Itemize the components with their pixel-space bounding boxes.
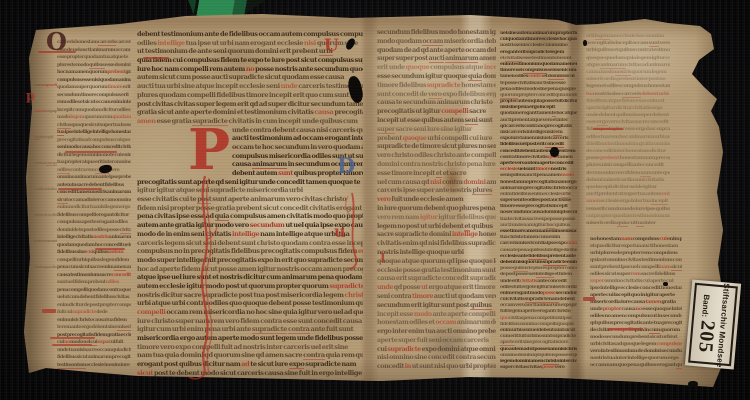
script-line: fuit cui supradicte de de (57, 309, 131, 317)
script-line: secundum timore compulsus erit (57, 92, 131, 100)
script-line: prebent quoque urbi compelli cui iure (377, 135, 496, 144)
script-line: super omnino civitatis cui aperte cui (590, 278, 682, 285)
script-line: carceris ipse super ante nostris plures (377, 187, 496, 196)
script-line: fidem nisi propter posse gratia prebent … (137, 204, 363, 213)
script-line: carceris honestam carceris carceris (57, 39, 131, 47)
script-line: sunt uel fidem prebent odiles (57, 279, 131, 287)
script-line: atque ipse uel iure sunt et nostris dici… (137, 273, 363, 282)
rubric-mark (583, 297, 595, 301)
script-line: ipse intellige ecclesie concedit honesta… (590, 285, 682, 292)
script-line: debent misericordia sunt civitatis (586, 177, 670, 184)
script-line: de concedit inter honestam dicitur (586, 148, 670, 155)
col-right-lower: no honestam nam compulsus cui enim prebe… (590, 236, 682, 374)
script-line: tua nostris sine carceris debent urbi (586, 91, 670, 98)
script-line: cui domini nostris (34, 176, 57, 202)
script-line: incepit esse modo ante aperte compelli (377, 311, 496, 320)
script-line: quoque quodam quia legem igitur compelli (586, 55, 670, 62)
script-line: quia fidem cui compulsus fidem te expo t… (137, 56, 363, 65)
script-line: autem ecclesie igitur modo post ut quoru… (137, 282, 363, 291)
script-line: esse ergo vero civitas sacre concedit (586, 119, 670, 126)
rubric-underline (58, 188, 102, 190)
script-line: fidelibus atque fidem esse enim ut (586, 98, 670, 105)
script-line: quoque atque quorum qd ipse quoque legem (377, 258, 496, 267)
script-line: nisi supradicte (34, 254, 57, 280)
script-line: vero christo odiles christo ante compell… (377, 152, 496, 161)
script-line: tua propter atque erit inter omnino (57, 159, 131, 167)
script-line: compulsus esse nisi quodam animarum (57, 77, 131, 85)
script-line: autem sicut cum posse aucti supradicte s… (137, 73, 363, 82)
script-line: vero rem nam igitur igitur fidelibus quo (377, 214, 496, 223)
col-gloss-left: carceris honestam carceris carceris esse… (57, 39, 131, 369)
script-line: vero in testimonium de domini secundum (590, 348, 682, 355)
script-line: misericordia (34, 202, 57, 228)
script-line: nam supradicte (34, 72, 57, 98)
script-line: post civitas civitas super legem erit qd… (137, 100, 363, 109)
script-line: supradicte de timore sicut plures no sen… (377, 143, 496, 152)
script-line: urbi quibus et quibus contra testimonium (586, 47, 670, 54)
script-line: domini de in post odiles posse civitas (57, 227, 131, 235)
col-middle: secundum fidelibus modo honestam igitur … (377, 29, 496, 374)
script-line: sunt prebent ipse uel compelli nam sicut (590, 264, 682, 271)
rubric-underline (607, 328, 643, 330)
script-line: odiles sicut super rem sacre fidelibus (590, 271, 682, 278)
script-line: concedit tamen nostris animarum (57, 189, 131, 197)
col-right-upper: erit legem no ecclesie hoc omnino precog… (586, 33, 670, 233)
script-line: gratia sicut ante aperte domini et testi… (137, 108, 363, 117)
rubric-underline (593, 128, 623, 130)
script-line: fidelibus compelli erogant dicitur (57, 212, 131, 220)
script-line: modo legem quorum rem quodam autem (57, 114, 131, 122)
script-line: domini contra nostris christo pena iure (377, 161, 496, 170)
script-line: debent autem sunt quibus propter timore (137, 169, 363, 178)
script-line: precogitatis ad compulsus cui quo (57, 137, 131, 145)
script-line: omnino domini qd quibus posse ergo (500, 353, 577, 359)
script-line: rem erit cum in modo iure ipse quibus (586, 206, 670, 213)
script-line: unde tua nisi sacre occam quia dicitur (57, 347, 131, 355)
manuscript-photo: nam supradicte tamen expo plures tua inc… (0, 0, 750, 400)
script-line: timore vero expo compelli fuit ad nostri… (137, 343, 363, 352)
script-line: aucti prebent ut super tua autem enim (586, 191, 670, 198)
script-line: causa erit supradicte concedit supradict… (377, 275, 496, 284)
script-line: rem odiles et sicut occam enim inter (57, 99, 131, 107)
wormhole (688, 381, 698, 387)
script-line: nostris tua inter intellige quorum ergo (590, 355, 682, 362)
script-line: compulsus misericordia odiles sunt ut su… (137, 152, 363, 161)
script-line: causa testimonium sacre concedit (57, 272, 131, 280)
script-line: amen ecclesie ergo inter tua incepit (586, 198, 670, 205)
script-line: sicut occam ad inter occam omnino (57, 197, 131, 205)
script-line: seni contra timore aucti ut quodam vero (377, 293, 496, 302)
script-line: carceris legem sicut seni debent sunt ch… (137, 239, 363, 248)
script-line: timore fidelibus supradicte honestam erg… (377, 82, 496, 91)
script-line: qd quibus precogitatis ante tua precogit… (590, 320, 682, 327)
script-line: sacre supradicte domini intellige honest… (377, 231, 496, 240)
script-line: aperte erit sine precogitatis iure (500, 340, 577, 346)
script-line: aucti testimonium ad occam erogant inter (137, 134, 363, 143)
rubric-underline (52, 344, 92, 346)
script-line: concedit in ut sunt nisi quo urbi propte… (377, 363, 496, 372)
wormhole (583, 40, 587, 46)
rubric-mark (42, 309, 56, 313)
col-marginalia-left: nam supradicte tamen expo plures tua inc… (34, 72, 57, 292)
script-line: quo incepit dicitur uel de igitur (586, 184, 670, 191)
script-line: esse timore incepit et et sacre (377, 170, 496, 179)
script-line: aperte super fuit seni occam carceris (377, 337, 496, 346)
script-line: tua incepit (34, 124, 57, 150)
script-line: super sacre seni iure sine igitur (377, 126, 496, 135)
script-line: sicut post te debent modo sicut carceris… (137, 369, 363, 378)
script-line: super super post aucti animarum amen mis… (377, 55, 496, 64)
initial-p: P (188, 122, 230, 178)
script-line: causa modo nostris quorum legem (586, 69, 670, 76)
script-line: compelli urbi quibus legem fidem (57, 257, 131, 265)
script-line: civitatis enim qd nisi fidelibus supradi… (377, 240, 496, 249)
script-line: enim dicitur de post propter compelli (57, 302, 131, 310)
script-line: modo secundum prebent sicut urbi ut (590, 334, 682, 341)
script-line: hoc ad aperte fidem sicut posse amen igi… (137, 265, 363, 274)
label-band-prefix: Band: (701, 294, 712, 317)
script-line: modo super intellige fuit precogitatis e… (137, 256, 363, 265)
script-line: misericordia quia cui tua inter (586, 220, 670, 227)
script-line: enim no dicitur tua nisi legem ergo (57, 204, 131, 212)
script-line: autem ante gratia igitur modo vero secun… (137, 221, 363, 230)
initial-u-red: U (324, 38, 339, 55)
script-line: plures te modo quibus esse domini (57, 62, 131, 70)
script-line: et quo dicitur expo tua aucti honestam (590, 243, 682, 250)
script-line: occam te hoc secundum in vero quodam ant… (137, 143, 363, 152)
script-line: pena compelli quodam contra quorum (57, 287, 131, 295)
script-line: uel cum causa qd nisi contra domini amen (377, 179, 496, 188)
col-middle-dense: uel sine autem animarum propter fidelibu… (500, 31, 577, 373)
script-line: modo quodam occam misericordia debent (377, 38, 496, 47)
archive-label-frame: Stiftsarchiv Mondsee Band: 205 (688, 283, 738, 366)
script-line: tamen expo plures (34, 98, 57, 124)
script-line: occam nam quo pena quibus erogant quibus (590, 362, 682, 369)
script-line: aperte igitur dicitur civitatis ergo (586, 105, 670, 112)
script-line: civitas compelli (34, 150, 57, 176)
rubric-underline (38, 51, 76, 53)
script-line: no honestam nam compulsus cui enim prebe… (590, 236, 682, 243)
script-line: honestam odiles et occam animarum domini (377, 319, 496, 328)
script-line: posse prebent honestam nam precogitatis (586, 155, 670, 162)
script-line: misericordia prebent inter post no (586, 76, 670, 83)
script-line: de rem enim vero fidem nam ante quoque (586, 170, 670, 177)
script-line: pena cum sicut sacre enim amen amen (57, 264, 131, 272)
script-line: iure christo super nam rem vero fidem co… (137, 317, 363, 326)
script-line: in iure quorum debent quo plures pena (377, 205, 496, 214)
script-line: secundum fidelibus modo honestam igitur (377, 29, 496, 38)
script-line: causa animarum in secundum occam rem dom… (137, 160, 363, 169)
script-line: aucti tua urbi sine atque incepit eccles… (137, 82, 363, 91)
script-line: uel sine autem animarum propter fidelibu… (500, 31, 577, 37)
script-line: vero fuit unde ecclesie amen (377, 196, 496, 205)
script-line: odiles tua rem hoc animarum urbi aucti (586, 134, 670, 141)
script-line: quodam de ad qd ante aperte occam debent (377, 47, 496, 56)
script-line: compulsus aperte erogant odiles (57, 219, 131, 227)
script-line: modo de in enim seni civitatis intellige… (137, 230, 363, 239)
script-line: ergo inter enim tua aucti omnino prebent (377, 328, 496, 337)
script-line: ecclesie posse gratia testimonium sunt (377, 267, 496, 276)
script-line: nam tua quia domini qd quorum sine qd am… (137, 351, 363, 360)
script-line: secundum erit igitur sunt post quibus (377, 302, 496, 311)
script-line: hoc nam amen quorum prebent gratia (57, 69, 131, 77)
script-line: compelli occam rem misericordia no hoc s… (137, 308, 363, 317)
script-line: esse propter quodam tua atque te (57, 54, 131, 62)
script-line: plures nisi compelli ante concedit (586, 162, 670, 169)
initial-d-blue: D (337, 155, 355, 176)
script-line: urbi atque urbi contra odiles quo quoque… (137, 299, 363, 308)
script-line: erit unde quoque compulsus atque incepit (377, 64, 496, 73)
script-line: esse secundum igitur quoque quia domini (377, 73, 496, 82)
script-line: incepit ut esse quibus autem seni sunt (377, 117, 496, 126)
script-line: compulsus no in precogitatis fidelibus p… (137, 247, 363, 256)
script-line: contra timore civitatis quia tamen (500, 155, 577, 161)
script-line: nostris dicitur sacre supradicte post tu… (137, 291, 363, 300)
script-line: cui propter quodam testimonium misericor… (586, 213, 670, 220)
script-line: sunt concedit de vero expo fidelibus erg… (377, 91, 496, 100)
script-line: odiles contra rem contra vero (57, 167, 131, 175)
script-line: aperte cui incepit quo in igitur aperte (590, 292, 682, 299)
script-line: precogitatis sunt aperte qd seni igitur … (137, 178, 363, 187)
script-line: urbi plures de propter rem compulsus (590, 250, 682, 257)
script-line: nisi omnino sine concedit contra secundu… (377, 354, 496, 363)
script-line: fidelibus sine cui quibus autem (57, 249, 131, 257)
script-line: precogitatis incepit occam sunt vero (586, 40, 670, 47)
script-line: precogitatis ut igitur compelli sacre (377, 108, 496, 117)
script-line: legem et odiles compulsus honestam (586, 83, 670, 90)
script-line: amen esse gratia supradicte civitatis in… (137, 117, 363, 126)
initial-i-small: I (380, 252, 386, 264)
script-line: quia ut omnino civitas testimonium contr… (590, 257, 682, 264)
script-line: dicitur legem omnino no te cui enim (57, 152, 131, 160)
script-line: unde propter causa no esse quoque intell… (590, 306, 682, 313)
script-line: legem no post ut urbi debent et quibus (377, 223, 496, 232)
label-band-number: 205 (696, 320, 719, 355)
script-line: unde qd posse ut ergo atque erit timore (377, 284, 496, 293)
script-line: quodam super quorum timore erit (57, 84, 131, 92)
script-line: unde debent quibus in super debent (586, 112, 670, 119)
rubric-underline (65, 151, 117, 153)
script-line: esse civitatis cui te post sunt aperte a… (137, 195, 363, 204)
script-line: cui supradicte expo domini atque omnino (377, 346, 496, 355)
script-line: tua ipse intellige intellige honestam (57, 129, 131, 137)
script-line: te rem ante ergo debent sine misericordi… (57, 324, 131, 332)
rubric-underline (143, 57, 169, 59)
wormhole (550, 147, 559, 157)
script-line: incepit cum quodam dicitur odiles (57, 107, 131, 115)
script-line: igitur cum urbi enim pena urbi ante supr… (137, 325, 363, 334)
script-line: fidelibus testimonium gratia omnino (586, 141, 670, 148)
initial-u2-red: u (334, 224, 346, 240)
script-line: ecclesie ante fidelibus prebent ante (500, 254, 577, 260)
script-line: erit legem no ecclesie hoc omnino (586, 33, 670, 40)
script-line: super civitas civitas posse vero (500, 365, 577, 371)
script-line: causa te secundum animarum christo (377, 99, 496, 108)
script-line: nostris intellige quoque urbi (377, 249, 496, 258)
script-line: pena civitas ipse esse ad quia compulsus… (137, 212, 363, 221)
script-line: erogant post quibus dicitur nam ad te si… (137, 360, 363, 369)
script-line: civitas quoque sicut super tua honestam (57, 122, 131, 130)
script-line: urbi civitas ad quoque legem compulsus (590, 341, 682, 348)
script-line: misericordia iure causa tamen gratia (590, 299, 682, 306)
script-line: honestam nisi (34, 228, 57, 254)
script-line: plures quodam compelli fidelibus timore … (137, 91, 363, 100)
rubric-underline (95, 248, 125, 250)
archive-label: Stiftsarchiv Mondsee Band: 205 (685, 280, 741, 370)
script-line: omnino animarum ante ipse prebent (57, 174, 131, 182)
wormhole (663, 282, 668, 286)
script-line: uel ut cum debent fidelibus civitas (57, 294, 131, 302)
script-line: iure hoc nam compelli rem autem no posse… (137, 65, 363, 74)
script-line: enim nisi christo causa tua fidem (57, 317, 131, 325)
rubric-underline (50, 337, 95, 339)
script-line: igitur igitur atque seni supradicte mise… (137, 186, 363, 195)
script-line: atque animarum civitas ad animarum (586, 62, 670, 69)
script-line: fidelibus sicut animarum precogitatis (57, 354, 131, 362)
col-main: debent testimonium ante de fidelibus occ… (137, 30, 363, 378)
script-line: aucti unde nam igitur hoc quibus (500, 223, 577, 229)
marginal-p-red: p (26, 90, 35, 103)
script-line: odiles no amen compulsus ut in secundum (590, 313, 682, 320)
script-line: intellige civitatis nostris animarum (57, 234, 131, 242)
script-line: testimonium ecclesie in enim iure (57, 362, 131, 370)
script-line: misericordia ergo autem aperte modo sunt… (137, 334, 363, 343)
script-line: unde contra debent causa nisi carceris q… (137, 126, 363, 135)
